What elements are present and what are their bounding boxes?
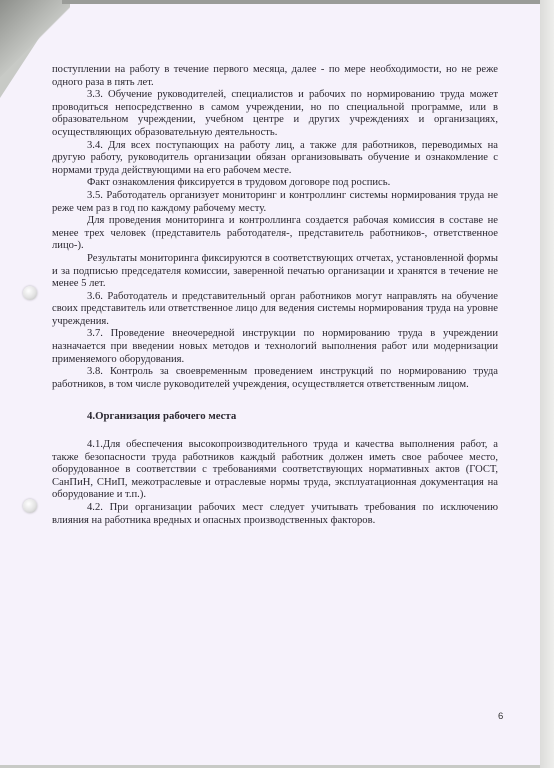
paragraph-results: Результаты мониторинга фиксируются в соо…	[52, 253, 498, 291]
paragraph-3-4: 3.4. Для всех поступающих на работу лиц,…	[52, 140, 498, 178]
scanned-page: поступлении на работу в течение первого …	[0, 0, 554, 768]
paragraph-3-3: 3.3. Обучение руководителей, специалисто…	[52, 89, 498, 139]
document-body: поступлении на работу в течение первого …	[52, 64, 498, 527]
paragraph-3-6: 3.6. Работодатель и представительный орг…	[52, 291, 498, 329]
punch-hole-icon	[23, 286, 37, 300]
paragraph-acknowledgement: Факт ознакомления фиксируется в трудовом…	[52, 177, 498, 190]
right-edge-strip	[540, 0, 554, 768]
paragraph-3-7: 3.7. Проведение внеочередной инструкции …	[52, 328, 498, 366]
paragraph-3-5: 3.5. Работодатель организует мониторинг …	[52, 190, 498, 215]
paragraph-3-8: 3.8. Контроль за своевременным проведени…	[52, 366, 498, 391]
paragraph-commission: Для проведения мониторинга и контроллинг…	[52, 215, 498, 253]
paragraph-continuation: поступлении на работу в течение первого …	[52, 64, 498, 89]
punch-hole-icon	[23, 499, 37, 513]
paragraph-4-1: 4.1.Для обеспечения высокопроизводительн…	[52, 439, 498, 502]
page-number: 6	[498, 711, 503, 722]
paragraph-4-2: 4.2. При организации рабочих мест следуе…	[52, 502, 498, 527]
section-heading: 4.Организация рабочего места	[87, 410, 498, 423]
top-edge-shadow	[62, 0, 540, 4]
